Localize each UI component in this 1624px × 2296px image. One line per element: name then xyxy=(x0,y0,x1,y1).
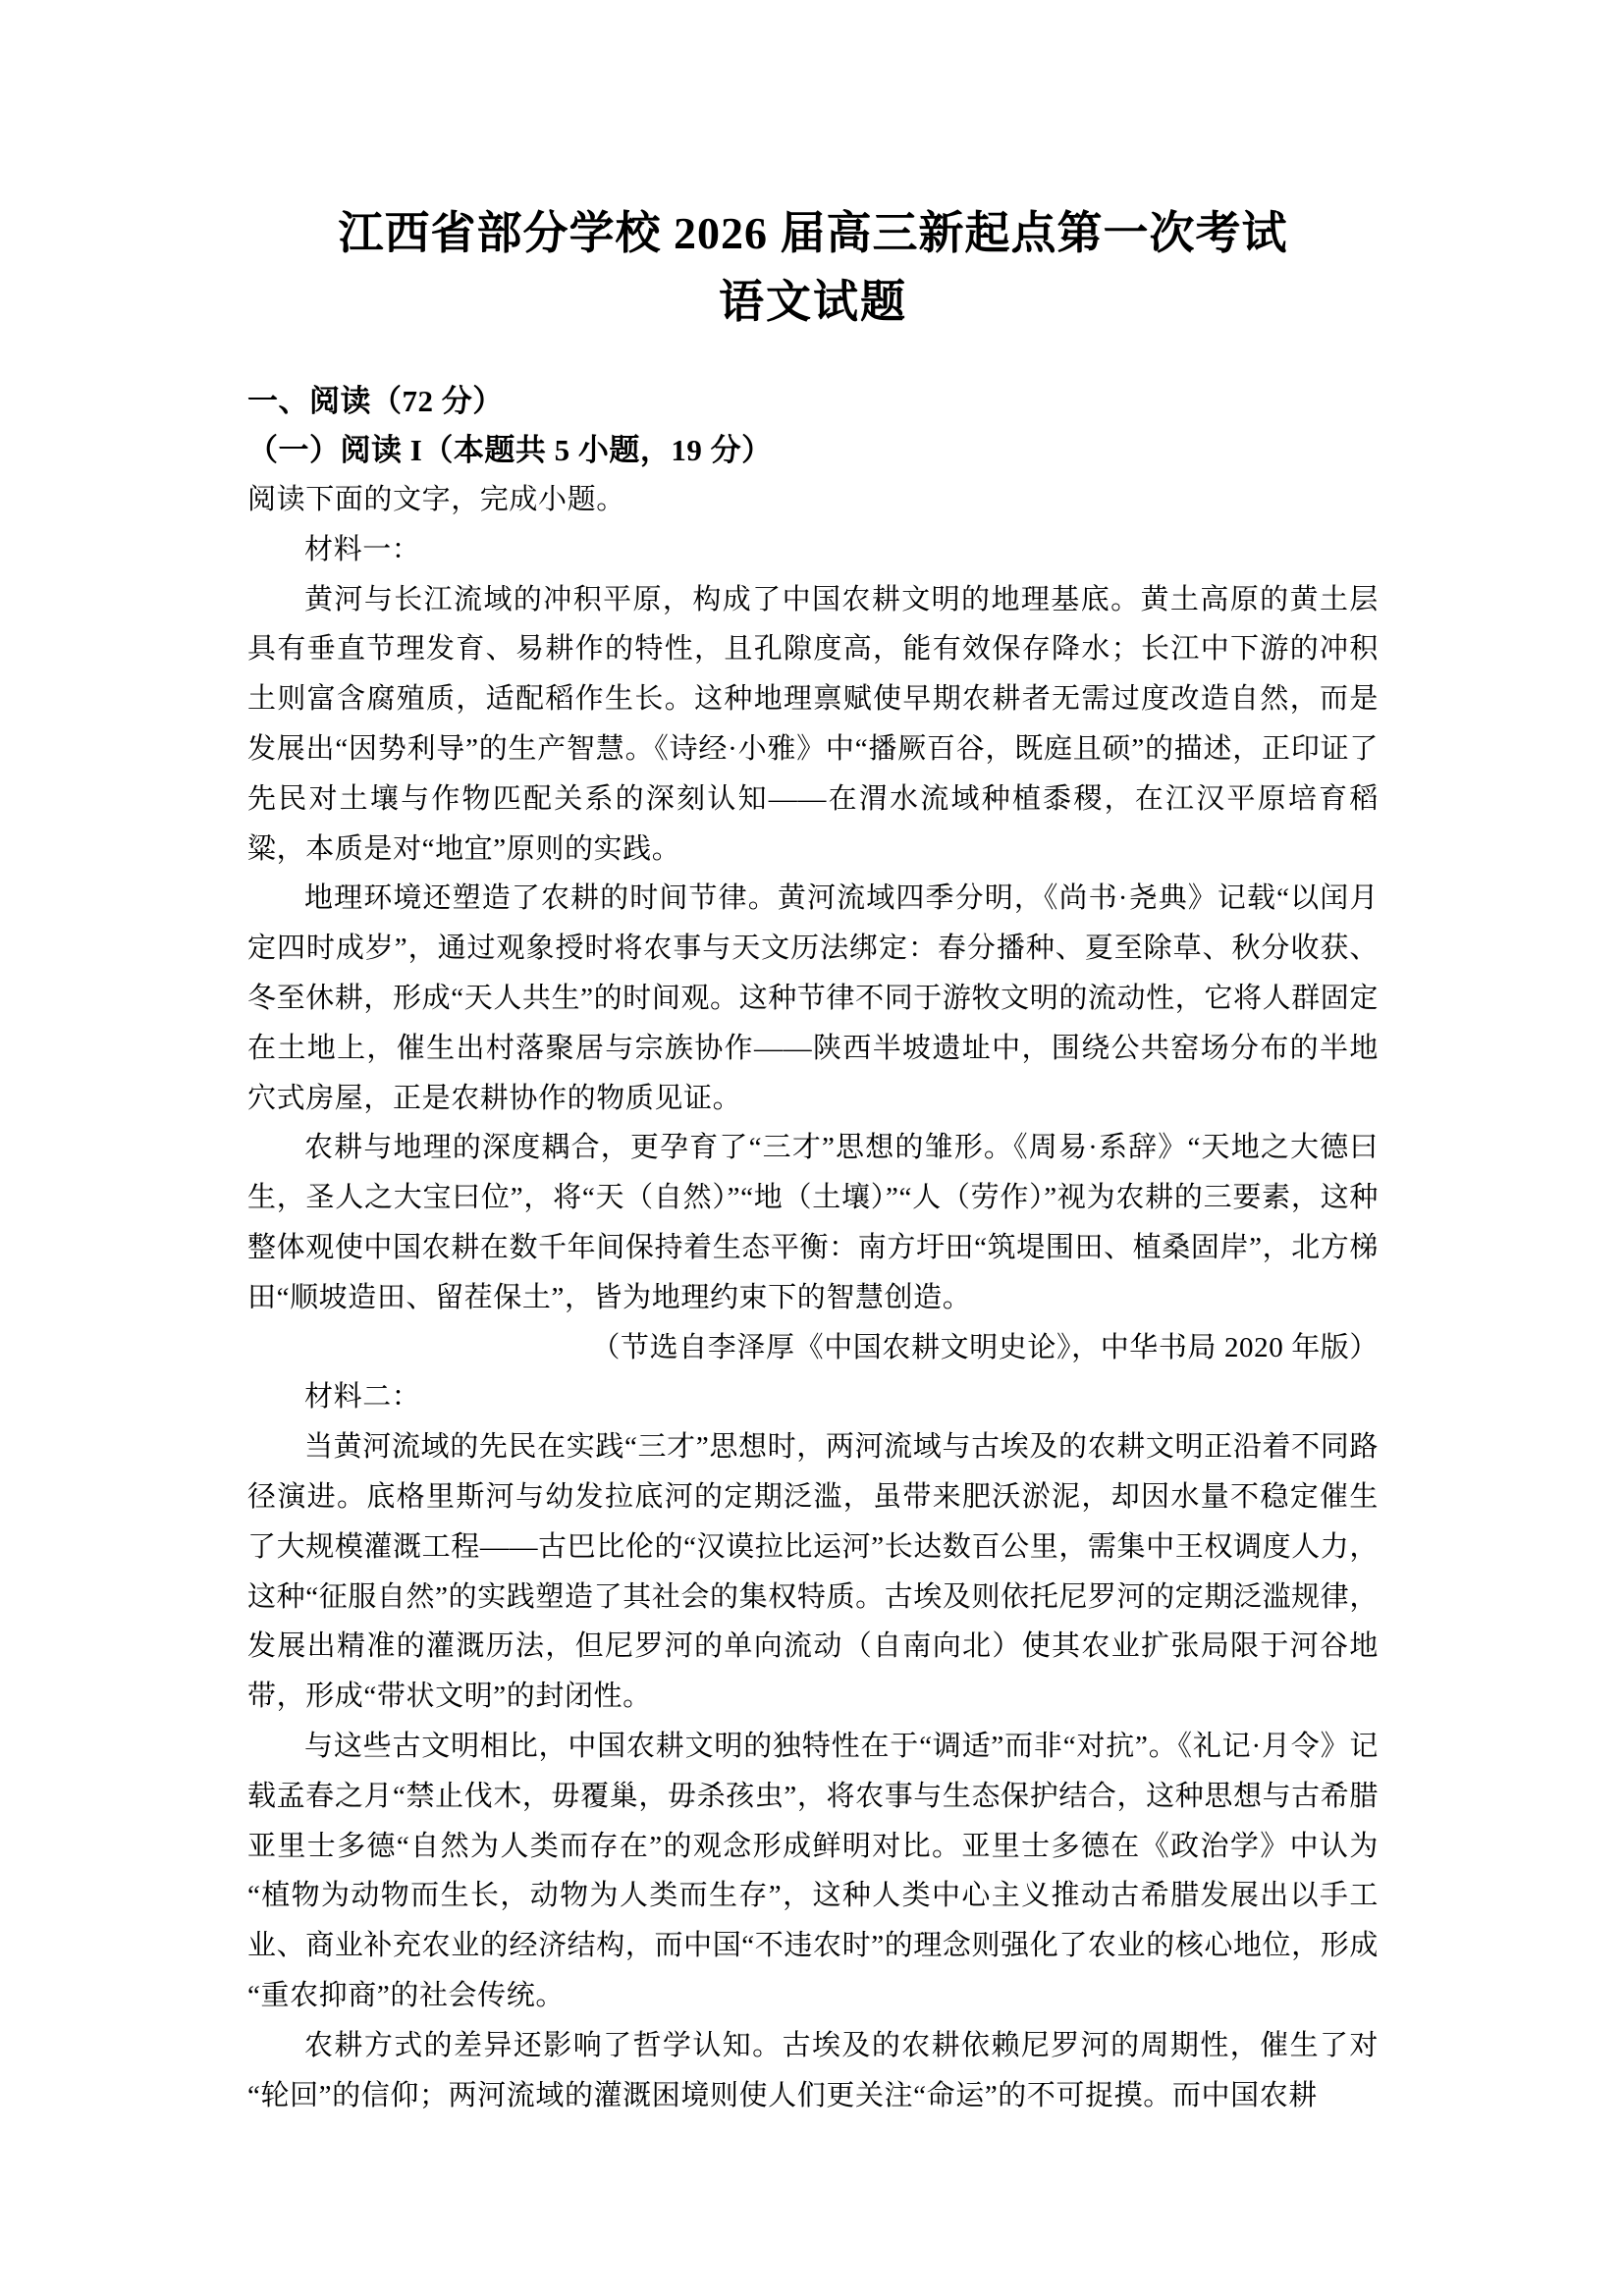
subsection-heading-reading-1: （一）阅读 I（本题共 5 小题，19 分） xyxy=(247,426,1379,475)
section-heading-reading: 一、阅读（72 分） xyxy=(247,377,1379,426)
material-one-paragraph: 地理环境还塑造了农耕的时间节律。黄河流域四季分明，《尚书·尧典》记载“以闰月定四… xyxy=(247,874,1379,1123)
material-two-label: 材料二： xyxy=(247,1372,1379,1422)
page-subtitle: 语文试题 xyxy=(247,271,1379,334)
material-two-paragraph: 当黄河流域的先民在实践“三才”思想时，两河流域与古埃及的农耕文明正沿着不同路径演… xyxy=(247,1422,1379,1722)
exam-paper-page: 江西省部分学校 2026 届高三新起点第一次考试 语文试题 一、阅读（72 分）… xyxy=(0,0,1624,2296)
material-one-label: 材料一： xyxy=(247,525,1379,575)
reading-passage: 阅读下面的文字，完成小题。 材料一： 黄河与长江流域的冲积平原，构成了中国农耕文… xyxy=(247,475,1379,2120)
material-one-paragraph: 黄河与长江流域的冲积平原，构成了中国农耕文明的地理基底。黄土高原的黄土层具有垂直… xyxy=(247,575,1379,875)
material-two-paragraph: 与这些古文明相比，中国农耕文明的独特性在于“调适”而非“对抗”。《礼记·月令》记… xyxy=(247,1722,1379,2021)
page-title: 江西省部分学校 2026 届高三新起点第一次考试 xyxy=(247,202,1379,265)
material-two-paragraph: 农耕方式的差异还影响了哲学认知。古埃及的农耕依赖尼罗河的周期性，催生了对“轮回”… xyxy=(247,2021,1379,2121)
material-one-attribution: （节选自李泽厚《中国农耕文明史论》，中华书局 2020 年版） xyxy=(247,1323,1379,1373)
passage-intro: 阅读下面的文字，完成小题。 xyxy=(247,475,1379,525)
material-one-paragraph: 农耕与地理的深度耦合，更孕育了“三才”思想的雏形。《周易·系辞》“天地之大德曰生… xyxy=(247,1123,1379,1322)
